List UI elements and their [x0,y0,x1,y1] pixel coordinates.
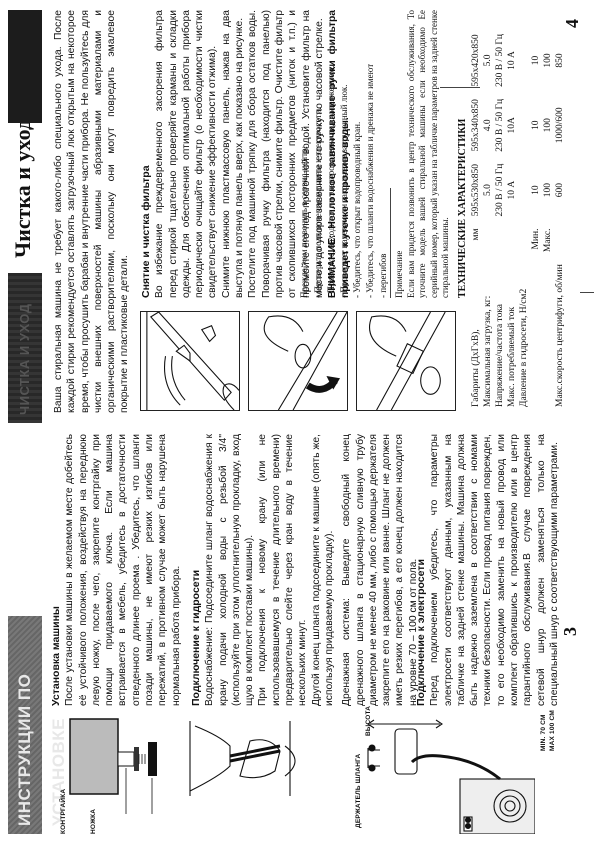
clean-filter-figure [356,311,456,411]
care-header-tab: ЧИСТКА И УХОД [8,273,42,423]
hose-connection-illustration [180,711,310,806]
check-item: перегибов [377,10,390,298]
electric-connection-text: Перед подключением убедитесь, что параме… [428,434,561,706]
scanned-manual-spread: ИНСТРУКЦИИ ПО УСТАНОВКЕ КОНТРГАЙКА НОЖКА… [0,0,594,846]
specs-title: ТЕХНИЧЕСКИЕ ХАРАКТЕРИСТИКИ [456,10,469,298]
electric-connection-title: Подключение к электросети [415,434,428,706]
remove-panel-figure [140,311,240,411]
table-row: Напряжение/частота тока 230 В / 50 Гц 23… [494,28,506,413]
care-intro-text: Ваша стиральная машина не требует какого… [52,10,132,413]
table-row: Макс. потребляемый ток 10 А 10А 10 А [506,28,518,413]
check-item: Проверьте подключение машины к электросе… [312,10,325,298]
care-intro: Ваша стиральная машина не требует какого… [52,10,132,413]
specs-table: Габариты (ДхГхВ), мм 595х530х850 595х340… [470,28,566,413]
check-item: Проверьте, находится ли электророзетка п… [325,10,338,298]
right-page-care: ЧИСТКА И УХОД Чистка и уход Ваша стираль… [0,0,594,423]
table-row: Максимальная загрузка, кг: 5.0 4.0 5.0 [482,28,494,413]
water-connection-section: Подключение к гидросети Водоснабжение: П… [190,434,420,706]
filter-p1: Во избежание преждевременного засорения … [153,10,219,298]
service-section: Прежде, чем позвонить в сервис-центр: Пр… [298,10,390,298]
new-tap-text: При подключения к новому крану (или не и… [256,434,309,706]
table-row: Габариты (ДхГхВ), мм 595х530х850 595х340… [470,28,482,413]
check-item: Убедитесь, что шланги водоснабжения и др… [364,10,377,298]
note-text: Если вам придется позвонить в центр техн… [406,10,452,298]
check-item: Проверьте, надежно ли закрывается загруз… [338,10,351,298]
service-checklist: Проверьте подключение машины к электросе… [312,10,390,298]
left-page-installation: ИНСТРУКЦИИ ПО УСТАНОВКЕ КОНТРГАЙКА НОЖКА… [0,423,594,846]
locknut-label: КОНТРГАЙКА [60,789,67,834]
max-height-label: MAX 100 CM [549,710,556,751]
filter-title: Снятие и чистка фильтра [140,10,153,298]
foot-label: НОЖКА [90,809,97,834]
filter-p2: Снимите нижнюю пластмассовую панель, наж… [220,10,247,298]
install-machine-section: Установка машины После установки машины … [50,434,183,706]
page-number-right: 4 [562,19,583,28]
water-supply-text: Водоснабжение: Подсоедините шланг водосн… [203,434,256,706]
care-title: Чистка и уход [10,119,36,258]
other-end-text: Другой конец шланга подсоедините к машин… [310,434,337,706]
care-header-block [8,10,42,123]
min-height-label: MIN. 70 CM [540,714,547,751]
hose-holder-label: ДЕРЖАТЕЛЬ ШЛАНГА [355,754,362,828]
service-lead: Прежде, чем позвонить в сервис-центр: [298,10,310,298]
foot-locknut-illustration [68,714,168,834]
install-machine-title: Установка машины [50,434,63,706]
divider [580,292,594,293]
table-row: Давление в гидросети, Н/см2 [518,28,530,413]
height-label: ВЫСОТА [365,706,372,736]
check-item: Убедитесь, что открыт водопроводный кран… [351,10,364,298]
table-row: Мин. 10 10 10 [530,28,542,413]
install-machine-text: После установки машины в желаемом месте … [63,434,183,706]
divider [390,188,391,298]
table-row: Макс.скорость центрифуги, об/мин 600 100… [554,28,566,413]
drain-hose-illustration [360,706,535,834]
electric-connection-section: Подключение к электросети Перед подключе… [415,434,561,706]
page-number-left: 3 [560,627,581,636]
rotate-filter-figure [248,311,348,411]
table-row: Макс. 100 100 100 [542,28,554,413]
service-note: Примечание Если вам придется позвонить в… [394,10,452,298]
drain-system-text: Дренажная система: Выведите свободный ко… [340,434,420,706]
note-title: Примечание [394,10,406,298]
installation-header: ИНСТРУКЦИИ ПО УСТАНОВКЕ [8,616,42,834]
water-connection-title: Подключение к гидросети [190,434,203,706]
